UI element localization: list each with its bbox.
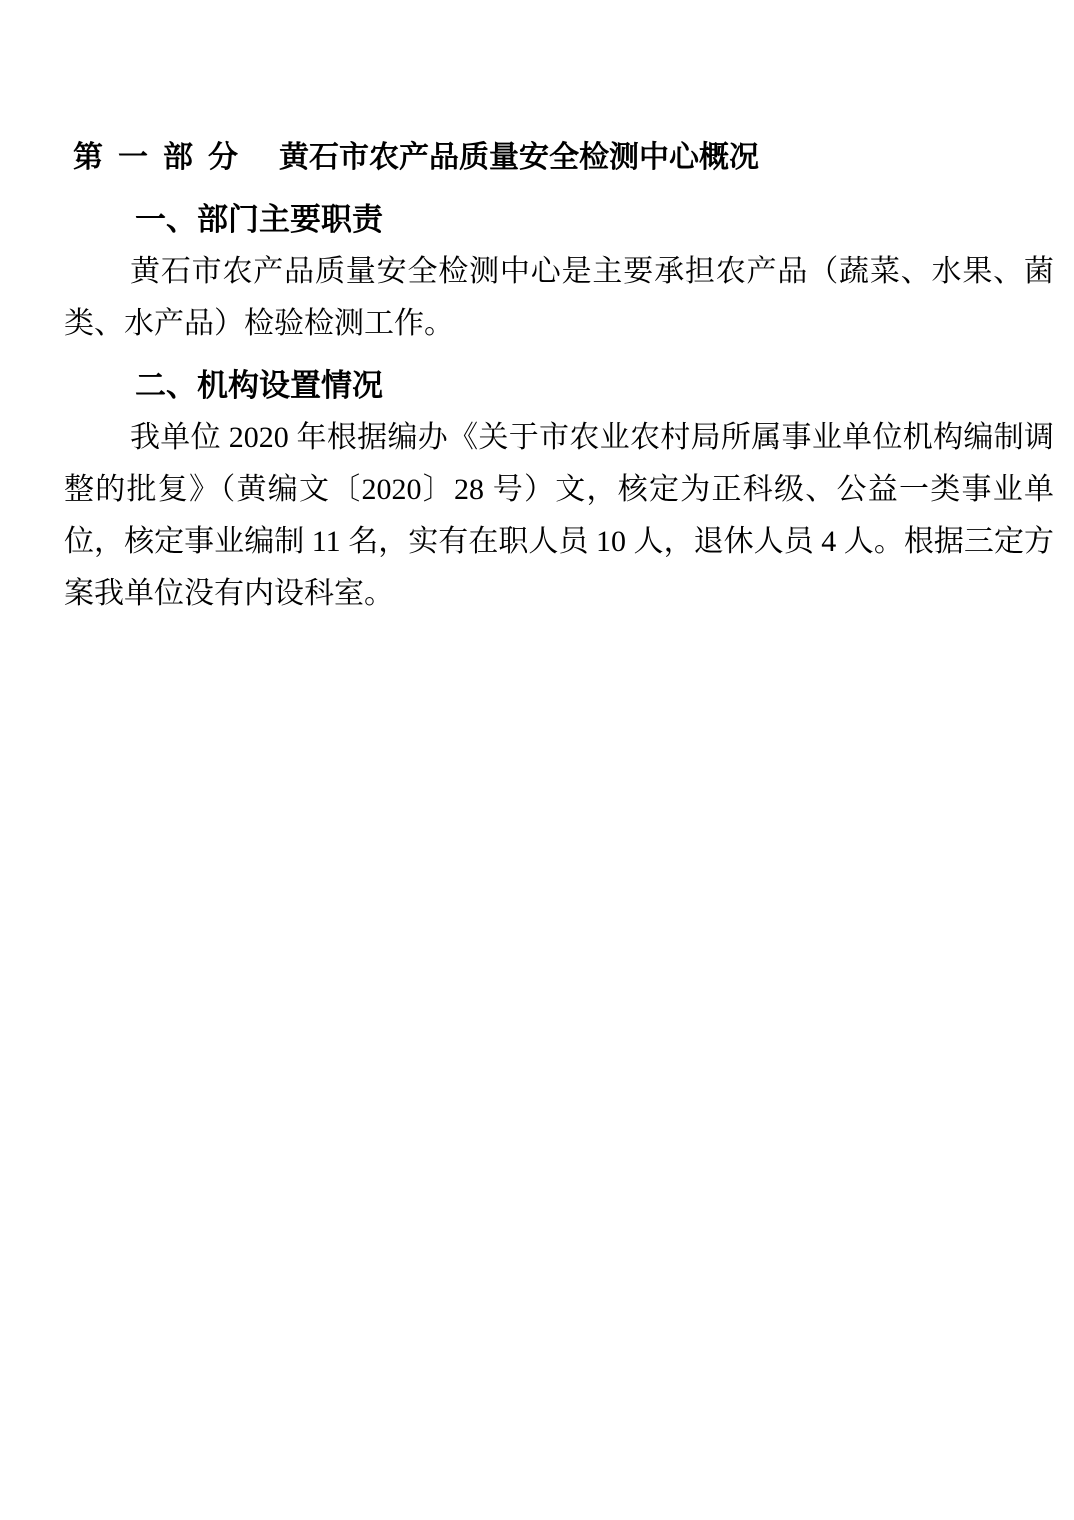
part-heading: 第一部分黄石市农产品质量安全检测中心概况 bbox=[64, 132, 1054, 184]
part-number-label: 第一部分 bbox=[73, 141, 253, 174]
section-1-paragraph: 黄石市农产品质量安全检测中心是主要承担农产品（蔬菜、水果、菌类、水产品）检验检测… bbox=[64, 246, 1054, 350]
section-2-paragraph: 我单位 2020 年根据编办《关于市农业农村局所属事业单位机构编制调整的批复》（… bbox=[64, 412, 1054, 620]
document-page: 第一部分黄石市农产品质量安全检测中心概况 一、部门主要职责 黄石市农产品质量安全… bbox=[0, 0, 1074, 1520]
section-1-heading: 一、部门主要职责 bbox=[64, 194, 1054, 246]
section-2-heading: 二、机构设置情况 bbox=[64, 360, 1054, 412]
part-title: 黄石市农产品质量安全检测中心概况 bbox=[279, 141, 759, 174]
